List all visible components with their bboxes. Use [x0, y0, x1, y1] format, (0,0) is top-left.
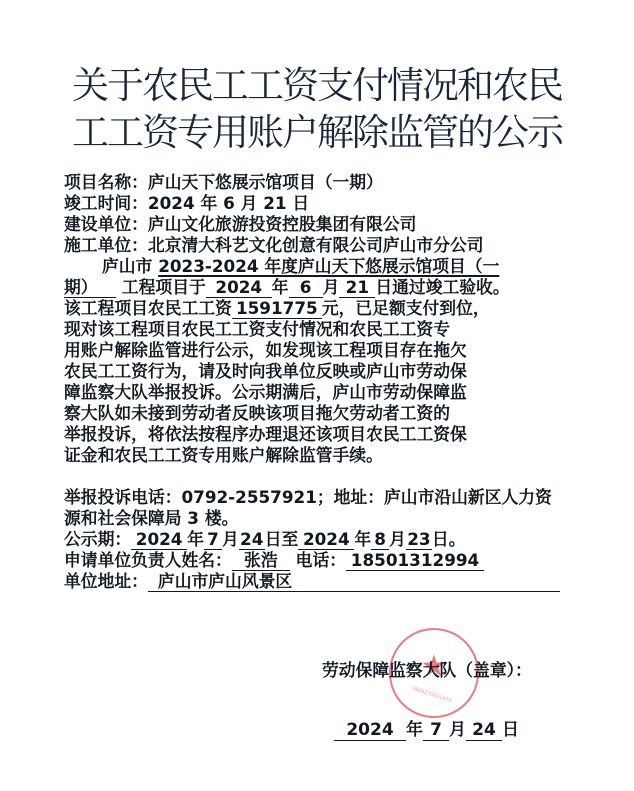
project-name-row: 项目名称：庐山天下悠展示馆项目（一期）	[64, 172, 584, 193]
notice-period-row: 公示期：2024年7月24日至2024年8月23日。	[64, 529, 584, 550]
period-end-day: 23	[406, 530, 432, 550]
signature-date: 2024年7月24日	[334, 715, 519, 741]
project-name-label: 项目名称：	[64, 172, 148, 192]
phone-label: 电话：	[296, 550, 346, 570]
document-title: 关于农民工工资支付情况和农民 工工资专用账户解除监管的公示	[0, 62, 634, 156]
paragraph-line: 证金和农民工工资专用账户解除监管手续。	[64, 445, 584, 466]
date-year: 2024	[334, 721, 406, 741]
title-line-1: 关于农民工工资支付情况和农民	[0, 62, 634, 109]
wage-amount: 1591775	[232, 299, 322, 319]
project-underlined-a: 2023-2024 年度庐山天下悠展示馆项目（一	[158, 256, 499, 276]
accept-month: 6	[289, 278, 323, 298]
phone-value: 18501312994	[346, 551, 484, 571]
hotline-line-1: 举报投诉电话：0792-2557921；地址：庐山市沿山新区人力资	[64, 487, 584, 508]
date-month: 7	[423, 721, 449, 741]
completion-row: 竣工时间：2024 年 6 月 21 日	[64, 193, 584, 214]
applicant-name: 张浩	[232, 551, 290, 571]
period-end-year: 2024	[298, 530, 354, 550]
text: 月	[222, 529, 239, 549]
text: 月	[449, 720, 466, 740]
paragraph-line: 举报投诉，将依法按程序办理退还该项目农民工工资保	[64, 424, 584, 445]
builder-row: 建设单位：庐山文化旅游投资控股集团有限公司	[64, 214, 584, 235]
signature-org: 劳动保障监察大队（盖章）：	[322, 657, 532, 681]
text: 日	[502, 720, 519, 740]
text: 该工程项目农民工工资	[64, 298, 232, 318]
text: 年	[406, 720, 423, 740]
paragraph-line: 现对该工程项目农民工工资支付情况和农民工工资专	[64, 319, 584, 340]
project-name-value: 庐山天下悠展示馆项目（一期）	[148, 172, 383, 192]
builder-value: 庐山文化旅游投资控股集团有限公司	[148, 214, 417, 234]
paragraph-line-1: 庐山市 2023-2024 年度庐山天下悠展示馆项目（一	[64, 256, 584, 277]
document-body: 项目名称：庐山天下悠展示馆项目（一期） 竣工时间：2024 年 6 月 21 日…	[64, 172, 584, 592]
text: 工程项目于	[122, 277, 206, 297]
seal-number: 3604270001679	[411, 686, 452, 704]
paragraph-line: 农民工工资行为，请及时向我单位反映或庐山市劳动保	[64, 361, 584, 382]
paragraph-line-2: 期） 工程项目于2024年6月21日通过竣工验收。	[64, 277, 584, 298]
text: 元，已足额支付到位，	[322, 298, 490, 318]
text: 年	[272, 277, 289, 297]
contractor-row: 施工单位：北京清大科艺文化创意有限公司庐山市分公司	[64, 235, 584, 256]
period-label: 公示期：	[64, 529, 131, 549]
completion-label: 竣工时间：	[64, 193, 148, 213]
period-start-day: 24	[239, 530, 265, 550]
text: 日通过竣工验收。	[375, 277, 509, 297]
builder-label: 建设单位：	[64, 214, 148, 234]
accept-year: 2024	[206, 278, 272, 298]
address-label: 单位地址：	[64, 571, 148, 591]
address-value: 庐山市庐山风景区	[148, 572, 560, 592]
applicant-row: 申请单位负责人姓名：张浩 电话：18501312994	[64, 550, 584, 571]
paragraph-line: 障监察大队举报投诉。公示期满后，庐山市劳动保障监	[64, 382, 584, 403]
text: 月	[323, 277, 340, 297]
applicant-label: 申请单位负责人姓名：	[64, 550, 232, 570]
paragraph-line: 用账户解除监管进行公示，如发现该工程项目存在拖欠	[64, 340, 584, 361]
paragraph-line-3: 该工程项目农民工工资1591775元，已足额支付到位，	[64, 298, 584, 319]
accept-day: 21	[339, 278, 375, 298]
title-line-2: 工工资专用账户解除监管的公示	[0, 109, 634, 156]
date-day: 24	[466, 721, 502, 741]
text: 年	[187, 529, 204, 549]
contractor-value: 北京清大科艺文化创意有限公司庐山市分公司	[148, 235, 484, 255]
period-end-month: 8	[371, 530, 389, 550]
text: 日至	[265, 529, 299, 549]
period-start-year: 2024	[131, 530, 187, 550]
text: 月	[389, 529, 406, 549]
paragraph-line: 察大队如未接到劳动者反映该项目拖欠劳动者工资的	[64, 403, 584, 424]
completion-value: 2024 年 6 月 21 日	[148, 193, 309, 213]
city-prefix: 庐山市	[102, 256, 158, 276]
contractor-label: 施工单位：	[64, 235, 148, 255]
text: 日。	[432, 529, 466, 549]
period-start-month: 7	[204, 530, 222, 550]
hotline-line-2: 源和社会保障局 3 楼。	[64, 508, 584, 529]
spacer	[64, 466, 584, 487]
address-row: 单位地址：庐山市庐山风景区	[64, 571, 584, 592]
project-underlined-b: 期）	[64, 278, 116, 298]
text: 年	[354, 529, 371, 549]
